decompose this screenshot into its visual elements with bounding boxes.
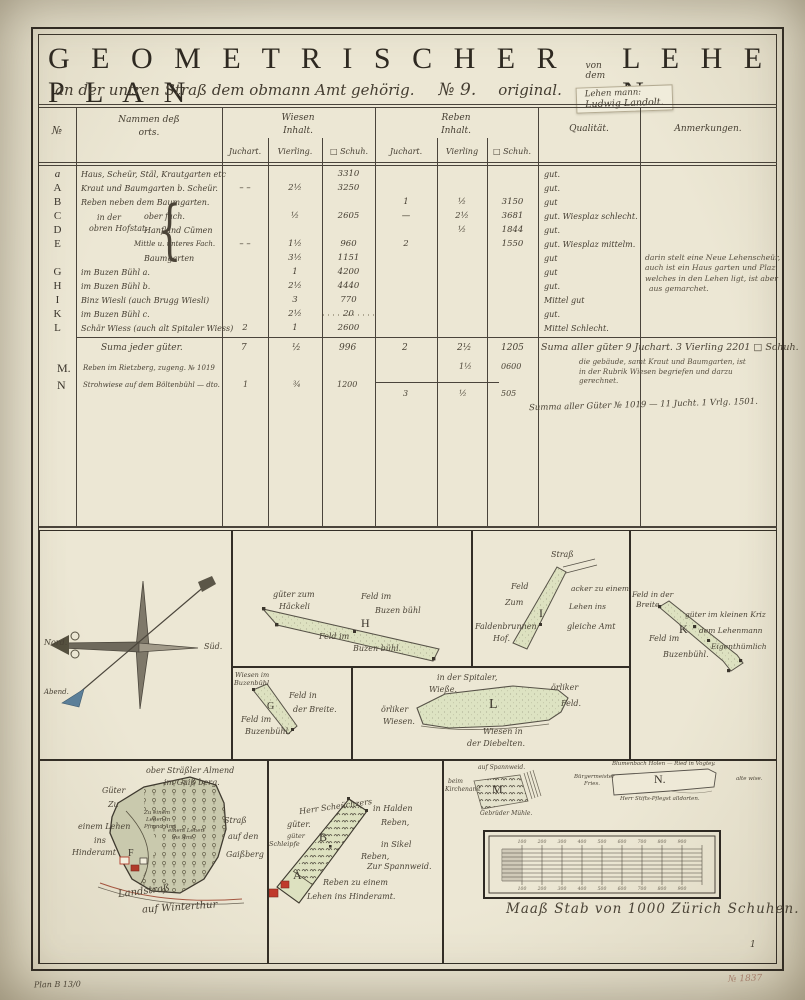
- sum-wiesen-juchart: 7: [241, 344, 247, 353]
- cell-reben-schuh: 1550: [487, 239, 538, 249]
- sum-reben-vierling: 2½: [457, 344, 471, 353]
- parcel-f-label: einem Lehen: [78, 823, 130, 831]
- parcel-l-label: örliker: [381, 706, 408, 714]
- parcel-ab-label: güter.: [287, 821, 311, 829]
- suma-note: die gebäude, samt Kraut und Baumgarten, …: [579, 357, 746, 386]
- parcel-l-label: der Diebelten.: [467, 740, 525, 748]
- suma-note-line: in der Rubrik Wiesen begriefen und darzu: [579, 367, 746, 377]
- parcel-g-label: Wiesen im: [235, 672, 269, 679]
- cell-qualitaet: gut: [538, 254, 640, 263]
- col-header-name2: orts.: [139, 129, 160, 138]
- compass-sued-label: Süd.: [204, 643, 222, 651]
- title-von-dem: von dem: [586, 61, 617, 81]
- parcel-f-label: Hinderamt: [72, 849, 116, 857]
- scale-caption: Maaß Stab von 1000 Zürich Schuhen.: [506, 903, 800, 917]
- land-register-table: № Nammen deß orts. Wiesen Inhalt. Reben …: [39, 107, 777, 528]
- pencil-page-number: 1: [750, 941, 756, 950]
- row-letter: a: [39, 168, 76, 180]
- parcel-f-letter: F: [128, 849, 134, 859]
- col-header-qualitaet: Qualität.: [569, 125, 609, 134]
- group-header-wiesen2: Inhalt.: [283, 127, 313, 136]
- anmerkung-note: darin stelt eine Neue Lehenscheür, auch …: [645, 253, 780, 294]
- parcel-f-label: Zu: [108, 801, 119, 809]
- cell-wiesen-schuh: 2600: [322, 323, 375, 333]
- group-header-wiesen: Wiesen: [281, 114, 314, 123]
- parcel-f-label: ins: [94, 837, 106, 845]
- parcel-l-label: Feld.: [561, 700, 581, 708]
- scale-tick: 600: [618, 839, 627, 845]
- parcel-l-label: Wiesen.: [383, 718, 415, 726]
- cell-qualitaet: gut. Wiesplaz mittelm.: [538, 240, 640, 249]
- scale-tick: 900: [678, 886, 687, 892]
- cell-wiesen-schuh: 770: [322, 295, 375, 305]
- parcel-f-drawing: [40, 761, 266, 962]
- sub-header-schuh-w: □ Schuh.: [330, 148, 368, 156]
- parcel-l-panel: L in der Spitaler, Wieße. örliker Feld. …: [352, 667, 630, 760]
- cell-wiesen-juchart: 2: [222, 323, 268, 333]
- cell-wiesen-vierling: 3: [268, 295, 322, 305]
- cell-reben-juchart: 1: [375, 197, 437, 207]
- cell-reben-vierling: 2½: [437, 211, 487, 221]
- parcel-h-drawing: [233, 531, 470, 665]
- parcel-f-inner-label: ins Amt: [172, 836, 193, 842]
- parcel-f-inner-label: einem Lehen: [168, 829, 204, 835]
- cell-qualitaet: gut.: [538, 310, 640, 319]
- row-letter-m: M.: [57, 362, 71, 374]
- sum-reben-juchart: 2: [402, 344, 408, 353]
- anmerkung-line: welches in den Lehen ligt, ist aber: [645, 274, 780, 284]
- parcel-m-label: beim: [448, 779, 463, 785]
- scale-tick: 400: [577, 886, 587, 892]
- row-n-wiesen-juchart: 1: [243, 381, 248, 389]
- subtitle-number: № 9.: [439, 80, 477, 100]
- row-letter: G: [39, 266, 76, 278]
- parcel-i-label: Straß: [551, 551, 574, 559]
- row-name: im Buzen Bühl c.: [76, 310, 222, 319]
- cell-wiesen-vierling: 2½: [268, 309, 322, 319]
- parcel-i-letter: I: [539, 607, 543, 619]
- parcel-ab-label: Schleipfe: [269, 841, 300, 848]
- row-name: im Buzen Bühl a.: [76, 268, 222, 277]
- pencil-grand-total: Summa aller Güter № 1019 — 11 Jucht. 1 V…: [529, 398, 758, 413]
- scale-tick: 500: [598, 839, 607, 845]
- cell-qualitaet: gut. Wiesplaz schlecht.: [538, 212, 640, 221]
- scale-tick: 100: [518, 839, 527, 845]
- parcel-f-label: Güter: [102, 787, 125, 795]
- parcel-n-label: alte wise.: [736, 777, 763, 783]
- parcel-m-letter: M: [492, 783, 503, 795]
- table-row: A Kraut und Baumgarten b. Scheür. – – 2½…: [39, 181, 777, 195]
- margin-note-right: № 1837: [728, 974, 763, 984]
- cell-wiesen-schuh: 1151: [322, 253, 375, 263]
- cell-wiesen-vierling: 2½: [268, 183, 322, 193]
- cell-wiesen-schuh: 3310: [322, 169, 375, 179]
- cell-wiesen-vierling: 2½: [268, 281, 322, 291]
- sum-wiesen-schuh: 996: [339, 344, 356, 353]
- cell-qualitaet: gut: [538, 198, 640, 207]
- cell-reben-vierling: ½: [437, 197, 487, 207]
- row-letter: H: [39, 280, 76, 292]
- parcel-g-label: Feld in: [289, 692, 317, 700]
- parcel-l-label: Wieße.: [429, 686, 457, 694]
- parcel-k-label: Breite: [636, 601, 659, 609]
- cell-wiesen-vierling: 1: [268, 267, 322, 277]
- parcel-ab-panel: B A Herr Scheüchzers güter. in Halden Re…: [268, 760, 443, 964]
- col-header-no: №: [52, 125, 62, 136]
- compass-panel: Nord. Süd. Abend.: [39, 530, 232, 760]
- scale-tick: 500: [598, 886, 607, 892]
- row-name: Baumgarten: [76, 254, 222, 263]
- brace-label-2: obren Hofstat.: [89, 225, 148, 233]
- cell-qualitaet: gut.: [538, 226, 640, 235]
- parcel-ab-label: Reben,: [381, 819, 409, 827]
- margin-note-left: Plan B 13/0: [34, 981, 81, 990]
- row-name: Reben neben dem Baumgarten.: [76, 198, 222, 207]
- col-header-name: Nammen deß: [118, 116, 179, 125]
- table-body: a Haus, Scheür, Stäl, Krautgarten etc 33…: [39, 167, 777, 335]
- parcel-i-panel: I Straß Feld Zum Faldenbrunnen Hof. acke…: [472, 530, 630, 667]
- parcel-i-label: Feld: [511, 583, 529, 591]
- cell-qualitaet: Mittel gut: [538, 296, 640, 305]
- parcel-h-label: Häckeli: [279, 603, 310, 611]
- compass-abend-label: Abend.: [44, 689, 69, 696]
- scale-tick: 300: [558, 839, 567, 845]
- cell-qualitaet: gut.: [538, 184, 640, 193]
- parcel-i-label: Faldenbrunnen: [475, 623, 537, 631]
- suma-aller-gueter: Suma aller güter 9 Juchart. 3 Vierling 2…: [541, 343, 799, 353]
- cell-reben-vierling: ½: [437, 225, 487, 235]
- map-sheet: G E O M E T R I S C H E R P L A N von de…: [0, 0, 805, 1000]
- scale-tick: 600: [618, 886, 627, 892]
- table-row: K im Buzen Bühl c. 2½ 20 gut.: [39, 307, 777, 321]
- parcel-n-letter: N.: [654, 773, 666, 785]
- parcel-k-label: Buzenbühl.: [663, 651, 709, 659]
- row-letter: B: [39, 196, 76, 208]
- parcel-l-letter: L: [489, 698, 498, 712]
- row-letter-n: N: [57, 379, 66, 391]
- total-reben-juchart: 3: [403, 390, 408, 398]
- sum-reben-schuh: 1205: [501, 344, 524, 353]
- parcel-n-label: Bürgermeister: [574, 775, 615, 781]
- row-m-name: Reben im Rietzberg, zugeng. № 1019: [83, 365, 215, 372]
- parcel-m-label: Gebrüder Mühle.: [480, 811, 532, 817]
- brace-label-1: in der: [97, 214, 121, 222]
- sub-header-vierling-w: Vierling.: [278, 148, 313, 156]
- parcel-k-label: Feld im: [649, 635, 679, 643]
- cell-wiesen-juchart: – –: [222, 183, 268, 193]
- group-header-reben: Reben: [442, 114, 471, 123]
- cell-reben-juchart: 2: [375, 239, 437, 249]
- parcel-h-label: Feld im: [319, 633, 349, 641]
- row-letter: C: [39, 210, 76, 222]
- table-row: L Schär Wiess (auch alt Spitaler Wiess) …: [39, 321, 777, 335]
- row-letter: K: [39, 308, 76, 320]
- cell-wiesen-schuh: 4200: [322, 267, 375, 277]
- row-m-reben-vierling: 1½: [459, 363, 472, 371]
- suma-note-line: die gebäude, samt Kraut und Baumgarten, …: [579, 357, 746, 367]
- parcel-k-panel: K Feld in der Breite güter im kleinen Kr…: [630, 530, 777, 760]
- suma-note-line: gerechnet.: [579, 376, 746, 386]
- scale-panel: 100 200 300 400 500 600 700 800 900 100 …: [443, 760, 777, 964]
- group-header-reben2: Inhalt.: [441, 127, 471, 136]
- cell-reben-juchart: —: [375, 211, 437, 221]
- compass-nord-label: Nord.: [44, 639, 67, 647]
- cell-wiesen-schuh: 4440: [322, 281, 375, 291]
- parcel-f-panel: F ober Sträßler Almend im Gaiß berg. Güt…: [39, 760, 268, 964]
- row-name: Binz Wiesli (auch Brugg Wiesli): [76, 296, 222, 305]
- row-name: Haus, Scheür, Stäl, Krautgarten etc: [76, 170, 222, 179]
- row-name: Schär Wiess (auch alt Spitaler Wiess): [76, 324, 222, 333]
- parcel-g-label: Feld im: [241, 716, 271, 724]
- parcel-k-label: Feld in der: [632, 591, 673, 599]
- parcel-g-label: Buzenbühl.: [245, 728, 291, 736]
- row-name: Mittle u. unteres Fach.: [76, 240, 222, 248]
- cell-reben-schuh: 3681: [487, 211, 538, 221]
- scale-tick: 200: [537, 839, 547, 845]
- scale-tick: 100: [518, 886, 527, 892]
- parcel-f-label: Straß: [224, 817, 247, 825]
- parcel-h-label: Buzen bühl.: [353, 645, 401, 653]
- cell-qualitaet: gut.: [538, 282, 640, 291]
- suma-jeder-label: Suma jeder güter.: [101, 344, 183, 353]
- parcel-k-letter: K: [679, 623, 688, 635]
- anmerkung-line: aus gemarchet.: [649, 284, 780, 294]
- scale-tick: 800: [658, 886, 667, 892]
- row-n-wiesen-vierling: ¾: [293, 381, 301, 389]
- total-reben-schuh: 505: [501, 390, 516, 398]
- parcel-l-label: in der Spitaler,: [437, 674, 497, 682]
- sum-wiesen-vierling: ½: [292, 344, 301, 353]
- row-letter: A: [39, 182, 76, 194]
- table-row: D Hanfland Cümen ½ 1844 gut.: [39, 223, 777, 237]
- cell-reben-schuh: 1844: [487, 225, 538, 235]
- parcel-a-letter: A: [293, 869, 302, 881]
- parcel-g-label: der Breite.: [293, 706, 337, 714]
- row-name: Kraut und Baumgarten b. Scheür.: [76, 184, 222, 193]
- parcel-i-label: Zum: [505, 599, 523, 607]
- parcel-f-label: Gaißberg: [226, 851, 264, 859]
- scale-tick: 700: [638, 886, 647, 892]
- parcel-ab-label: güter: [287, 833, 305, 840]
- row-n-wiesen-schuh: 1200: [337, 381, 357, 389]
- cell-wiesen-vierling: ½: [268, 211, 322, 221]
- row-letter: I: [39, 294, 76, 306]
- parcel-m-label: auf Spannweid.: [478, 765, 525, 771]
- parcel-b-letter: B: [319, 831, 327, 843]
- table-row: B Reben neben dem Baumgarten. 1 ½ 3150 g…: [39, 195, 777, 209]
- total-reben-vierling: ½: [459, 390, 467, 398]
- parcel-ab-label: Reben zu einem: [323, 879, 388, 887]
- cell-reben-schuh: 3150: [487, 197, 538, 207]
- cell-wiesen-juchart: – –: [222, 239, 268, 249]
- parcel-l-label: Wiesen in: [483, 728, 523, 736]
- row-letter: D: [39, 224, 76, 236]
- parcel-f-label: ober Sträßler Almend: [146, 767, 234, 775]
- sub-header-schuh-r: □ Schuh.: [493, 148, 531, 156]
- parcel-k-label: dem Lehenmann: [699, 627, 763, 635]
- cell-wiesen-vierling: 1: [268, 323, 322, 333]
- parcel-h-panel: H güter zum Häckeli Feld im Buzen bühl F…: [232, 530, 472, 667]
- cell-qualitaet: gut.: [538, 170, 640, 179]
- parcel-ab-label: in Sikel: [381, 841, 411, 849]
- scale-tick: 900: [678, 839, 687, 845]
- scale-tick: 700: [638, 839, 647, 845]
- parcel-n-label: Blumenbach Holen — Ried in Vogtey.: [612, 762, 716, 768]
- parcel-f-inner-label: Lehen in: [146, 818, 170, 824]
- cell-wiesen-vierling: 1½: [268, 239, 322, 249]
- anmerkung-line: auch ist ein Haus garten und Plaz: [645, 263, 780, 273]
- parcel-g-panel: G Wiesen im Buzenbühl Feld in der Breite…: [232, 667, 352, 760]
- row-n-name: Strohwiese auf dem Böltenbühl — dto.: [83, 382, 220, 389]
- cell-wiesen-vierling: 3½: [268, 253, 322, 263]
- cell-wiesen-schuh: 20: [322, 309, 375, 319]
- table-row: I Binz Wiesli (auch Brugg Wiesli) 3 770 …: [39, 293, 777, 307]
- table-row: C ober fach. ½ 2605 — 2½ 3681 gut. Wiesp…: [39, 209, 777, 223]
- cell-wiesen-schuh: 2605: [322, 211, 375, 221]
- parcel-i-label: gleiche Amt: [567, 623, 615, 631]
- row-letter: L: [39, 322, 76, 334]
- row-m-reben-schuh: 0600: [501, 363, 521, 371]
- parcel-ab-label: Zur Spannweid.: [367, 863, 432, 871]
- parcel-f-inner-label: Zu einem: [144, 811, 170, 817]
- parcel-n-label: Fries.: [584, 782, 600, 788]
- parcel-ab-label: Reben,: [361, 853, 389, 861]
- parcel-h-label: Buzen bühl: [375, 607, 421, 615]
- sub-header-vierling-r: Vierling: [446, 148, 478, 156]
- cell-qualitaet: gut: [538, 268, 640, 277]
- scale-tick: 400: [577, 839, 587, 845]
- table-row: a Haus, Scheür, Stäl, Krautgarten etc 33…: [39, 167, 777, 181]
- parcel-i-label: Lehen ins: [569, 603, 606, 611]
- parcel-l-label: örliker: [551, 684, 578, 692]
- scale-tick: 200: [537, 886, 547, 892]
- parcel-ab-label: Lehen ins Hinderamt.: [307, 893, 395, 901]
- row-letter: E: [39, 238, 76, 250]
- cell-wiesen-schuh: 960: [322, 239, 375, 249]
- parcel-k-label: güter im kleinen Kriz: [685, 611, 766, 619]
- scale-tick: 300: [558, 886, 567, 892]
- subtitle: an der untren Straß dem obmann Amt gehör…: [55, 81, 415, 99]
- anmerkung-line: darin stelt eine Neue Lehenscheür,: [645, 253, 780, 263]
- parcel-ab-label: in Halden: [373, 805, 413, 813]
- parcel-h-letter: H: [361, 617, 370, 629]
- parcel-h-label: güter zum: [273, 591, 315, 599]
- parcel-f-label: im Gaiß berg.: [164, 779, 220, 787]
- cell-qualitaet: Mittel Schlecht.: [538, 324, 640, 333]
- parcel-i-label: acker zu einem: [571, 585, 629, 593]
- parcel-i-label: Hof.: [493, 635, 510, 643]
- parcel-g-label: Buzenbühl: [234, 680, 269, 687]
- parcel-m-label: Kirchenamt: [445, 787, 481, 793]
- parcel-n-label: Herr Stifts-Pflegst alldorten.: [620, 797, 700, 803]
- parcel-k-label: Eigenthümlich: [711, 643, 767, 651]
- parcel-f-label: auf den: [228, 833, 258, 841]
- parcel-h-label: Feld im: [361, 593, 391, 601]
- sub-header-juchart-w: Juchart.: [229, 148, 261, 156]
- scale-tick: 800: [658, 839, 667, 845]
- row-group-brace: {: [157, 197, 181, 262]
- compass-rose: [40, 531, 230, 758]
- col-header-anmerkungen: Anmerkungen.: [674, 125, 741, 134]
- row-name: im Buzen Bühl b.: [76, 282, 222, 291]
- table-row: E Mittle u. unteres Fach. – – 1½ 960 2 1…: [39, 237, 777, 251]
- parcel-g-letter: G: [267, 702, 274, 712]
- subtitle-original: original.: [498, 81, 562, 99]
- sub-header-juchart-r: Juchart.: [390, 148, 422, 156]
- cell-wiesen-schuh: 3250: [322, 183, 375, 193]
